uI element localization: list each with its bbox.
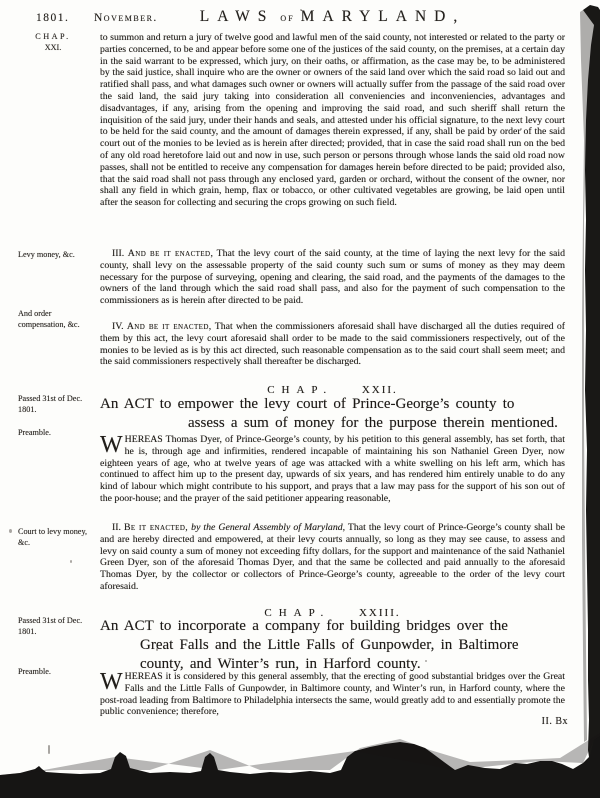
act-22-preamble-text: HEREAS Thomas Dyer, of Prince-George’s c…: [100, 434, 565, 504]
margin-chap21-num: XXI.: [45, 43, 62, 52]
section4-enacting-clause: And be it enacted,: [127, 321, 212, 332]
act22-section2-enacting-clause: Be it enacted,: [124, 522, 188, 533]
act21-section-3: III. And be it enacted, That the levy co…: [100, 248, 565, 307]
bottom-edge-soft: [0, 733, 600, 778]
noise-speck: [425, 660, 427, 662]
act-22-title-line2: assess a sum of money for the purpose th…: [100, 414, 565, 433]
noise-speck: [70, 560, 72, 563]
title-of: of: [274, 12, 300, 24]
act-23-dropcap: W: [100, 671, 125, 692]
bottom-torn-edge: [0, 736, 600, 798]
section4-number: IV.: [112, 321, 124, 332]
margin-note-passed-23: Passed 31st of Dec. 1801.: [18, 616, 88, 637]
title-maryland: MARYLAND,: [301, 8, 466, 25]
act-22-title-line1: An ACT to empower the levy court of Prin…: [100, 395, 565, 414]
section3-number: III.: [112, 248, 124, 259]
scanned-law-page: 1801. November. LAWSofMARYLAND, CHAP. XX…: [0, 0, 600, 798]
act-23-preamble: WHEREAS it is considered by this general…: [100, 671, 565, 718]
act-22-preamble: WHEREAS Thomas Dyer, of Prince-George’s …: [100, 434, 565, 505]
noise-speck: [156, 648, 158, 651]
margin-note-preamble-22: Preamble.: [18, 428, 88, 439]
act-22-title: An ACT to empower the levy court of Prin…: [100, 395, 565, 433]
act-23-title: An ACT to incorporate a company for buil…: [100, 617, 565, 674]
noise-speck: [520, 128, 522, 130]
act-22-dropcap: W: [100, 434, 125, 455]
right-gutter-soft-edge: [580, 10, 594, 742]
margin-note-chap21: CHAP. XXI.: [18, 32, 88, 53]
noise-speck: [9, 529, 12, 533]
margin-note-preamble-23: Preamble.: [18, 667, 88, 678]
act-22-section-2: II. Be it enacted, by the General Assemb…: [100, 522, 565, 593]
margin-note-levy-money: Levy money, &c.: [18, 250, 88, 261]
act-23-preamble-text: HEREAS it is considered by this general …: [100, 671, 565, 717]
right-gutter-shadow: [583, 5, 600, 780]
margin-chap21-label: CHAP.: [35, 32, 70, 41]
header-year: 1801.: [36, 12, 69, 24]
margin-note-passed-22: Passed 31st of Dec. 1801.: [18, 394, 88, 415]
noise-speck: [300, 9, 302, 11]
section3-enacting-clause: And be it enacted,: [128, 248, 214, 259]
act22-section2-number: II.: [112, 522, 121, 533]
act22-section2-authority: by the General Assembly of Maryland,: [191, 522, 345, 533]
noise-speck: [48, 745, 50, 754]
margin-note-court-levy: Court to levy money, &c.: [18, 527, 88, 548]
act-23-title-line2: Great Falls and the Little Falls of Gunp…: [100, 636, 565, 655]
margin-note-order-compensation: And order compensation, &c.: [18, 309, 88, 330]
act21-section-4: IV. And be it enacted, That when the com…: [100, 321, 565, 368]
catchword: II. Bx: [542, 716, 568, 727]
title-laws: LAWS: [200, 8, 275, 25]
page-title: LAWSofMARYLAND,: [100, 8, 565, 26]
act-23-title-line1: An ACT to incorporate a company for buil…: [100, 617, 565, 636]
act21-body-paragraph: to summon and return a jury of twelve go…: [100, 32, 565, 209]
